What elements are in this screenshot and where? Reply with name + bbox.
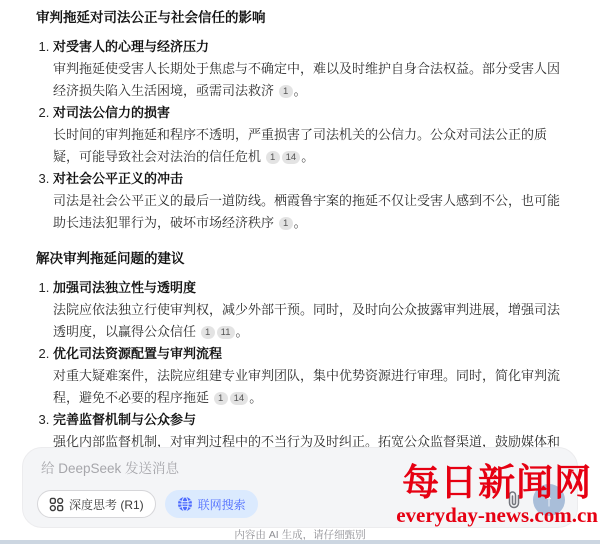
composer-actions: ↑ bbox=[503, 484, 565, 516]
web-search-label: 联网搜索 bbox=[198, 496, 246, 513]
list-item-title: 对受害人的心理与经济压力 bbox=[53, 36, 572, 58]
web-search-toggle-button[interactable]: 联网搜索 bbox=[165, 490, 258, 518]
body-suffix: 。 bbox=[236, 324, 249, 339]
body-text: 法院应依法独立行使审判权，减少外部干预。同时，及时向公众披露审判进展，增强司法透… bbox=[53, 302, 560, 339]
attach-button[interactable] bbox=[503, 488, 525, 512]
list-item-title: 优化司法资源配置与审判流程 bbox=[53, 343, 572, 365]
list-item: 对司法公信力的损害 长时间的审判拖延和程序不透明，严重损害了司法机关的公信力。公… bbox=[53, 102, 572, 168]
deepthink-icon bbox=[49, 497, 64, 512]
composer-toggles: 深度思考 (R1) 联网搜索 bbox=[37, 490, 258, 518]
citation-badge[interactable]: 1 bbox=[266, 151, 280, 164]
section-title: 审判拖延对司法公正与社会信任的影响 bbox=[36, 8, 572, 28]
list-item-title: 加强司法独立性与透明度 bbox=[53, 277, 572, 299]
list-item-body: 司法是社会公平正义的最后一道防线。栖霞鲁宇案的拖延不仅让受害人感到不公，也可能助… bbox=[53, 190, 572, 234]
paperclip-icon bbox=[506, 490, 522, 510]
citation-badge[interactable]: 14 bbox=[282, 151, 301, 164]
list-item: 加强司法独立性与透明度 法院应依法独立行使审判权，减少外部干预。同时，及时向公众… bbox=[53, 277, 572, 343]
impact-list: 对受害人的心理与经济压力 审判拖延使受害人长期处于焦虑与不确定中，难以及时维护自… bbox=[38, 36, 572, 234]
list-item-body: 审判拖延使受害人长期处于焦虑与不确定中，难以及时维护自身合法权益。部分受害人因经… bbox=[53, 58, 572, 102]
body-suffix: 。 bbox=[301, 149, 314, 164]
citation-badge[interactable]: 1 bbox=[201, 326, 215, 339]
body-suffix: 。 bbox=[294, 83, 307, 98]
list-item-body: 对重大疑难案件，法院应组建专业审判团队，集中优势资源进行审理。同时，简化审判流程… bbox=[53, 365, 572, 409]
citation-badge[interactable]: 14 bbox=[230, 392, 249, 405]
send-button[interactable]: ↑ bbox=[533, 484, 565, 516]
body-text: 长时间的审判拖延和程序不透明，严重损害了司法机关的公信力。公众对司法公正的质疑，… bbox=[53, 127, 547, 164]
body-suffix: 。 bbox=[249, 390, 262, 405]
citation-badge[interactable]: 1 bbox=[279, 85, 293, 98]
list-item-body: 法院应依法独立行使审判权，减少外部干预。同时，及时向公众披露审判进展，增强司法透… bbox=[53, 299, 572, 343]
body-suffix: 。 bbox=[294, 215, 307, 230]
assistant-response: 审判拖延对司法公正与社会信任的影响 对受害人的心理与经济压力 审判拖延使受害人长… bbox=[36, 8, 572, 475]
send-arrow-icon: ↑ bbox=[545, 492, 554, 509]
bottom-edge-strip bbox=[0, 540, 600, 544]
list-item: 对受害人的心理与经济压力 审判拖延使受害人长期处于焦虑与不确定中，难以及时维护自… bbox=[53, 36, 572, 102]
deepthink-label: 深度思考 (R1) bbox=[69, 496, 144, 513]
message-composer[interactable]: 深度思考 (R1) 联网搜索 bbox=[22, 447, 578, 528]
section-title: 解决审判拖延问题的建议 bbox=[36, 249, 572, 269]
list-item-title: 完善监督机制与公众参与 bbox=[53, 409, 572, 431]
globe-icon bbox=[177, 496, 193, 512]
list-item: 对社会公平正义的冲击 司法是社会公平正义的最后一道防线。栖霞鲁宇案的拖延不仅让受… bbox=[53, 168, 572, 234]
deepthink-toggle-button[interactable]: 深度思考 (R1) bbox=[37, 490, 156, 518]
citation-badge[interactable]: 1 bbox=[214, 392, 228, 405]
citation-badge[interactable]: 1 bbox=[279, 217, 293, 230]
list-item-title: 对司法公信力的损害 bbox=[53, 102, 572, 124]
message-input[interactable] bbox=[41, 456, 507, 480]
answer-section-suggestions: 解决审判拖延问题的建议 加强司法独立性与透明度 法院应依法独立行使审判权，减少外… bbox=[36, 249, 572, 475]
answer-section-impact: 审判拖延对司法公正与社会信任的影响 对受害人的心理与经济压力 审判拖延使受害人长… bbox=[36, 8, 572, 234]
list-item-title: 对社会公平正义的冲击 bbox=[53, 168, 572, 190]
list-item-body: 长时间的审判拖延和程序不透明，严重损害了司法机关的公信力。公众对司法公正的质疑，… bbox=[53, 124, 572, 168]
citation-badge[interactable]: 11 bbox=[217, 326, 235, 339]
deepseek-chat-window: 审判拖延对司法公正与社会信任的影响 对受害人的心理与经济压力 审判拖延使受害人长… bbox=[0, 0, 600, 544]
list-item: 优化司法资源配置与审判流程 对重大疑难案件，法院应组建专业审判团队，集中优势资源… bbox=[53, 343, 572, 409]
body-text: 对重大疑难案件，法院应组建专业审判团队，集中优势资源进行审理。同时，简化审判流程… bbox=[53, 368, 560, 405]
suggestions-list: 加强司法独立性与透明度 法院应依法独立行使审判权，减少外部干预。同时，及时向公众… bbox=[38, 277, 572, 475]
